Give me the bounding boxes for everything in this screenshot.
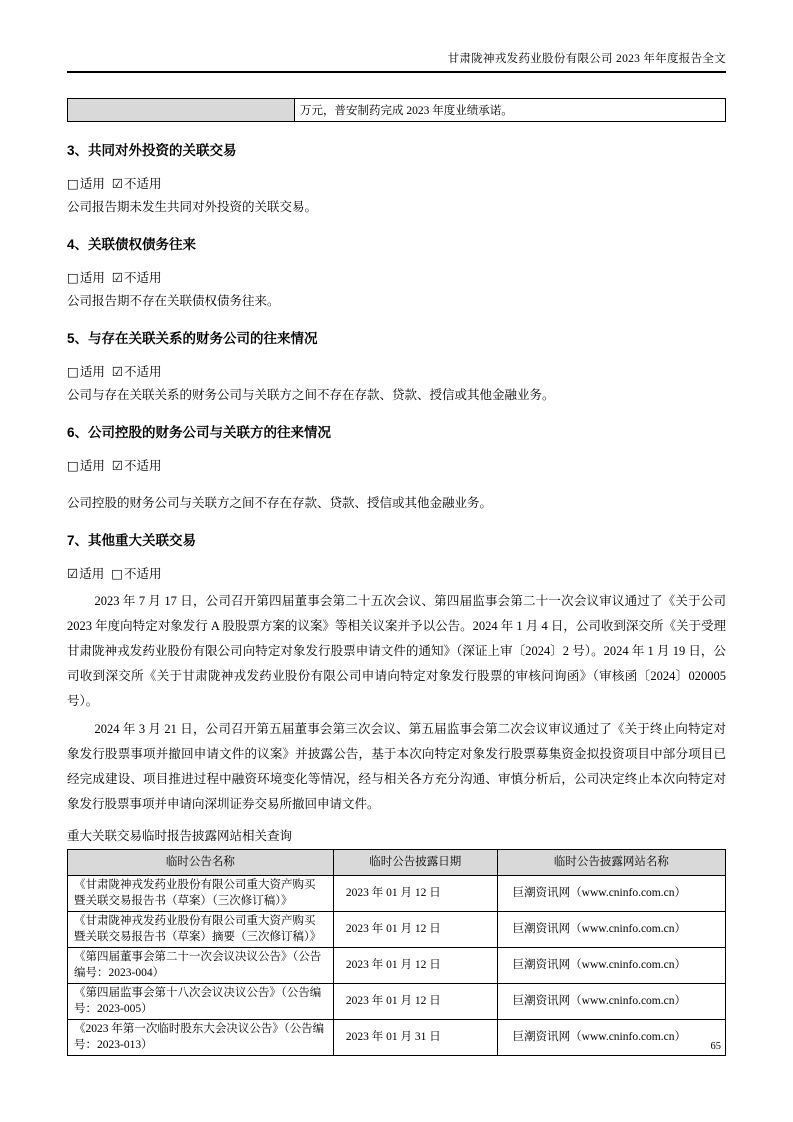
- not-applicable-label: 不适用: [124, 365, 162, 379]
- column-header-disclosure-date: 临时公告披露日期: [333, 850, 497, 876]
- announcement-name-cell: 《第四届监事会第十八次会议决议公告》（公告编号：2023-005）: [68, 984, 334, 1020]
- table-caption: 重大关联交易临时报告披露网站相关查询: [67, 826, 726, 844]
- table-row: 《2023 年第一次临时股东大会决议公告》（公告编号：2023-013） 202…: [68, 1020, 726, 1056]
- table-cell: 万元，普安制药完成 2023 年度业绩承诺。: [295, 99, 726, 122]
- applicable-label: 适用: [80, 365, 105, 379]
- checkbox-checked-icon: ☑: [112, 270, 123, 285]
- announcement-name-cell: 《甘肃陇神戎发药业股份有限公司重大资产购买暨关联交易报告书（草案）摘要（三次修订…: [68, 912, 334, 948]
- section-heading: 7、其他重大关联交易: [67, 529, 726, 549]
- checkbox-unchecked-icon: □: [67, 270, 79, 285]
- checkbox-checked-icon: ☑: [112, 364, 123, 379]
- applicability-line: □适用☑不适用: [67, 269, 726, 287]
- disclosure-website-cell: 巨潮资讯网（www.cninfo.com.cn）: [497, 1020, 725, 1056]
- table-row: 《第四届监事会第十八次会议决议公告》（公告编号：2023-005） 2023 年…: [68, 984, 726, 1020]
- not-applicable-label: 不适用: [124, 271, 162, 285]
- applicability-line: □适用☑不适用: [67, 363, 726, 381]
- announcement-name-cell: 《第四届董事会第二十一次会议决议公告》（公告编号：2023-004）: [68, 948, 334, 984]
- applicability-line: □适用☑不适用: [67, 175, 726, 193]
- shaded-table-cell: [68, 99, 295, 122]
- table-row: 《甘肃陇神戎发药业股份有限公司重大资产购买暨关联交易报告书（草案）（三次修订稿）…: [68, 876, 726, 912]
- section-body-text: 公司与存在关联关系的财务公司与关联方之间不存在存款、贷款、授信或其他金融业务。: [67, 387, 726, 404]
- announcement-name-cell: 《甘肃陇神戎发药业股份有限公司重大资产购买暨关联交易报告书（草案）（三次修订稿）…: [68, 876, 334, 912]
- section-4: 4、关联债权债务往来 □适用☑不适用 公司报告期不存在关联债权债务往来。: [67, 233, 726, 310]
- applicable-label: 适用: [80, 271, 105, 285]
- section-6: 6、公司控股的财务公司与关联方的往来情况 □适用☑不适用 公司控股的财务公司与关…: [67, 421, 726, 512]
- disclosure-date-cell: 2023 年 01 月 12 日: [333, 984, 497, 1020]
- table-row: 《甘肃陇神戎发药业股份有限公司重大资产购买暨关联交易报告书（草案）摘要（三次修订…: [68, 912, 726, 948]
- section-heading: 3、共同对外投资的关联交易: [67, 139, 726, 159]
- applicability-line: □适用☑不适用: [67, 457, 726, 475]
- page-number: 65: [711, 1041, 722, 1052]
- applicable-label: 适用: [80, 177, 105, 191]
- section-heading: 5、与存在关联关系的财务公司的往来情况: [67, 327, 726, 347]
- table-header-row: 临时公告名称 临时公告披露日期 临时公告披露网站名称: [68, 850, 726, 876]
- continued-table-fragment: 万元，普安制药完成 2023 年度业绩承诺。: [67, 98, 726, 122]
- document-page: 甘肃陇神戎发药业股份有限公司 2023 年年度报告全文 万元，普安制药完成 20…: [0, 0, 793, 1056]
- column-header-announcement-name: 临时公告名称: [68, 850, 334, 876]
- disclosure-date-cell: 2023 年 01 月 31 日: [333, 1020, 497, 1056]
- checkbox-checked-icon: ☑: [112, 458, 123, 473]
- column-header-disclosure-website: 临时公告披露网站名称: [497, 850, 725, 876]
- section-5: 5、与存在关联关系的财务公司的往来情况 □适用☑不适用 公司与存在关联关系的财务…: [67, 327, 726, 404]
- disclosure-website-cell: 巨潮资讯网（www.cninfo.com.cn）: [497, 984, 725, 1020]
- disclosure-date-cell: 2023 年 01 月 12 日: [333, 912, 497, 948]
- not-applicable-label: 不适用: [124, 177, 162, 191]
- checkbox-unchecked-icon: □: [67, 176, 79, 191]
- announcement-name-cell: 《2023 年第一次临时股东大会决议公告》（公告编号：2023-013）: [68, 1020, 334, 1056]
- checkbox-unchecked-icon: □: [67, 364, 79, 379]
- checkbox-checked-icon: ☑: [112, 176, 123, 191]
- section-heading: 6、公司控股的财务公司与关联方的往来情况: [67, 421, 726, 441]
- not-applicable-label: 不适用: [124, 567, 162, 581]
- section-3: 3、共同对外投资的关联交易 □适用☑不适用 公司报告期未发生共同对外投资的关联交…: [67, 139, 726, 216]
- disclosure-website-cell: 巨潮资讯网（www.cninfo.com.cn）: [497, 912, 725, 948]
- section-heading: 4、关联债权债务往来: [67, 233, 726, 253]
- document-title: 甘肃陇神戎发药业股份有限公司 2023 年年度报告全文: [448, 53, 726, 65]
- checkbox-unchecked-icon: □: [111, 566, 123, 581]
- not-applicable-label: 不适用: [124, 459, 162, 473]
- disclosure-date-cell: 2023 年 01 月 12 日: [333, 876, 497, 912]
- checkbox-unchecked-icon: □: [67, 458, 79, 473]
- table-row: 万元，普安制药完成 2023 年度业绩承诺。: [68, 99, 726, 122]
- disclosure-website-cell: 巨潮资讯网（www.cninfo.com.cn）: [497, 876, 725, 912]
- section-7: 7、其他重大关联交易 ☑适用□不适用 2023 年 7 月 17 日，公司召开第…: [67, 529, 726, 1056]
- disclosure-website-cell: 巨潮资讯网（www.cninfo.com.cn）: [497, 948, 725, 984]
- applicable-label: 适用: [79, 567, 104, 581]
- disclosure-table: 临时公告名称 临时公告披露日期 临时公告披露网站名称 《甘肃陇神戎发药业股份有限…: [67, 849, 726, 1056]
- applicability-line: ☑适用□不适用: [67, 565, 726, 583]
- checkbox-checked-icon: ☑: [67, 566, 78, 581]
- section-body-text: 公司报告期不存在关联债权债务往来。: [67, 293, 726, 310]
- paragraph: 2024 年 3 月 21 日，公司召开第五届董事会第三次会议、第五届监事会第二…: [67, 717, 726, 817]
- table-row: 《第四届董事会第二十一次会议决议公告》（公告编号：2023-004） 2023 …: [68, 948, 726, 984]
- section-body-text: 公司控股的财务公司与关联方之间不存在存款、贷款、授信或其他金融业务。: [67, 495, 726, 512]
- page-header: 甘肃陇神戎发药业股份有限公司 2023 年年度报告全文: [67, 50, 726, 73]
- disclosure-date-cell: 2023 年 01 月 12 日: [333, 948, 497, 984]
- paragraph: 2023 年 7 月 17 日，公司召开第四届董事会第二十五次会议、第四届监事会…: [67, 589, 726, 714]
- section-body-text: 公司报告期未发生共同对外投资的关联交易。: [67, 199, 726, 216]
- applicable-label: 适用: [80, 459, 105, 473]
